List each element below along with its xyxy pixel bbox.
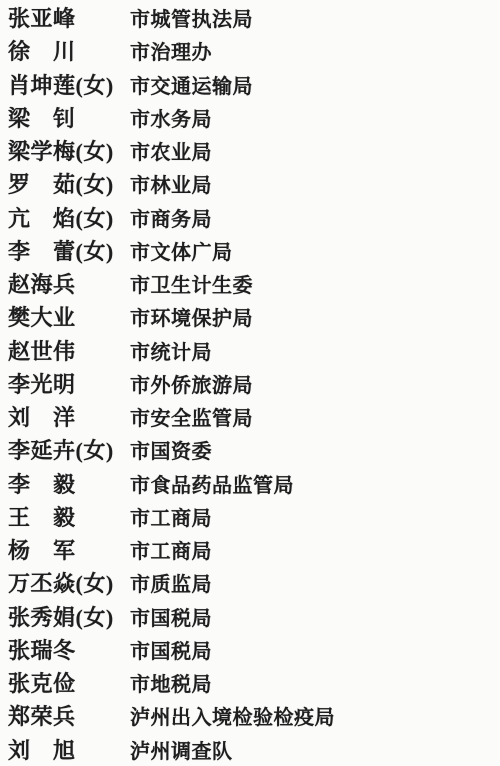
person-name: 刘 洋 [8, 401, 130, 432]
list-row: 亢 焰(女) 市商务局 [0, 201, 500, 234]
list-row: 梁学梅(女) 市农业局 [0, 134, 500, 167]
list-row: 梁 钊 市水务局 [0, 101, 500, 134]
organization-name: 市水务局 [130, 103, 212, 132]
organization-name: 市质监局 [130, 568, 212, 597]
organization-name: 市安全监管局 [130, 402, 253, 431]
person-name: 郑荣兵 [8, 700, 130, 731]
organization-name: 市国资委 [130, 435, 212, 464]
list-row: 罗 茹(女) 市林业局 [0, 167, 500, 200]
person-name: 赵世伟 [8, 335, 130, 366]
organization-name: 市治理办 [130, 36, 212, 65]
list-row: 郑荣兵 泸州出入境检验检疫局 [0, 699, 500, 732]
organization-name: 市城管执法局 [130, 3, 253, 32]
person-name: 刘 旭 [8, 734, 130, 765]
person-name: 肖坤莲(女) [8, 69, 130, 100]
document-page: 张亚峰 市城管执法局 徐 川 市治理办 肖坤莲(女) 市交通运输局 梁 钊 市水… [0, 0, 500, 766]
list-row: 张亚峰 市城管执法局 [0, 1, 500, 34]
organization-name: 市文体广局 [130, 236, 233, 265]
person-name: 徐 川 [8, 35, 130, 66]
list-row: 樊大业 市环境保护局 [0, 300, 500, 333]
person-name: 樊大业 [8, 301, 130, 332]
person-name: 张瑞冬 [8, 634, 130, 665]
organization-name: 市国税局 [130, 602, 212, 631]
organization-name: 市统计局 [130, 336, 212, 365]
list-row: 李延卉(女) 市国资委 [0, 433, 500, 466]
person-name: 罗 茹(女) [8, 168, 130, 199]
list-row: 李光明 市外侨旅游局 [0, 367, 500, 400]
list-row: 杨 军 市工商局 [0, 533, 500, 566]
organization-name: 市外侨旅游局 [130, 369, 253, 398]
organization-name: 市环境保护局 [130, 302, 253, 331]
list-row: 刘 旭 泸州调查队 [0, 733, 500, 766]
organization-name: 市食品药品监管局 [130, 469, 294, 498]
person-name: 李 毅 [8, 468, 130, 499]
list-row: 赵海兵 市卫生计生委 [0, 267, 500, 300]
person-name: 李 蕾(女) [8, 235, 130, 266]
person-name: 李延卉(女) [8, 434, 130, 465]
organization-name: 市地税局 [130, 668, 212, 697]
person-name: 王 毅 [8, 501, 130, 532]
list-row: 王 毅 市工商局 [0, 500, 500, 533]
list-row: 刘 洋 市安全监管局 [0, 400, 500, 433]
person-name: 李光明 [8, 368, 130, 399]
person-name: 梁学梅(女) [8, 135, 130, 166]
organization-name: 市卫生计生委 [130, 269, 253, 298]
list-row: 徐 川 市治理办 [0, 34, 500, 67]
organization-name: 市工商局 [130, 502, 212, 531]
organization-name: 泸州出入境检验检疫局 [130, 701, 335, 730]
list-row: 李 蕾(女) 市文体广局 [0, 234, 500, 267]
person-name: 杨 军 [8, 534, 130, 565]
person-name: 张秀娟(女) [8, 601, 130, 632]
organization-name: 泸州调查队 [130, 735, 233, 764]
list-row: 万丕焱(女) 市质监局 [0, 566, 500, 599]
list-row: 赵世伟 市统计局 [0, 334, 500, 367]
organization-name: 市农业局 [130, 136, 212, 165]
person-name: 万丕焱(女) [8, 567, 130, 598]
list-row: 张克俭 市地税局 [0, 666, 500, 699]
organization-name: 市商务局 [130, 203, 212, 232]
list-row: 肖坤莲(女) 市交通运输局 [0, 68, 500, 101]
person-name: 亢 焰(女) [8, 202, 130, 233]
organization-name: 市工商局 [130, 535, 212, 564]
organization-name: 市国税局 [130, 635, 212, 664]
person-name: 赵海兵 [8, 268, 130, 299]
person-name: 张亚峰 [8, 2, 130, 33]
person-name: 梁 钊 [8, 102, 130, 133]
list-row: 李 毅 市食品药品监管局 [0, 467, 500, 500]
list-row: 张秀娟(女) 市国税局 [0, 600, 500, 633]
organization-name: 市交通运输局 [130, 70, 253, 99]
organization-name: 市林业局 [130, 169, 212, 198]
person-name: 张克俭 [8, 667, 130, 698]
list-row: 张瑞冬 市国税局 [0, 633, 500, 666]
